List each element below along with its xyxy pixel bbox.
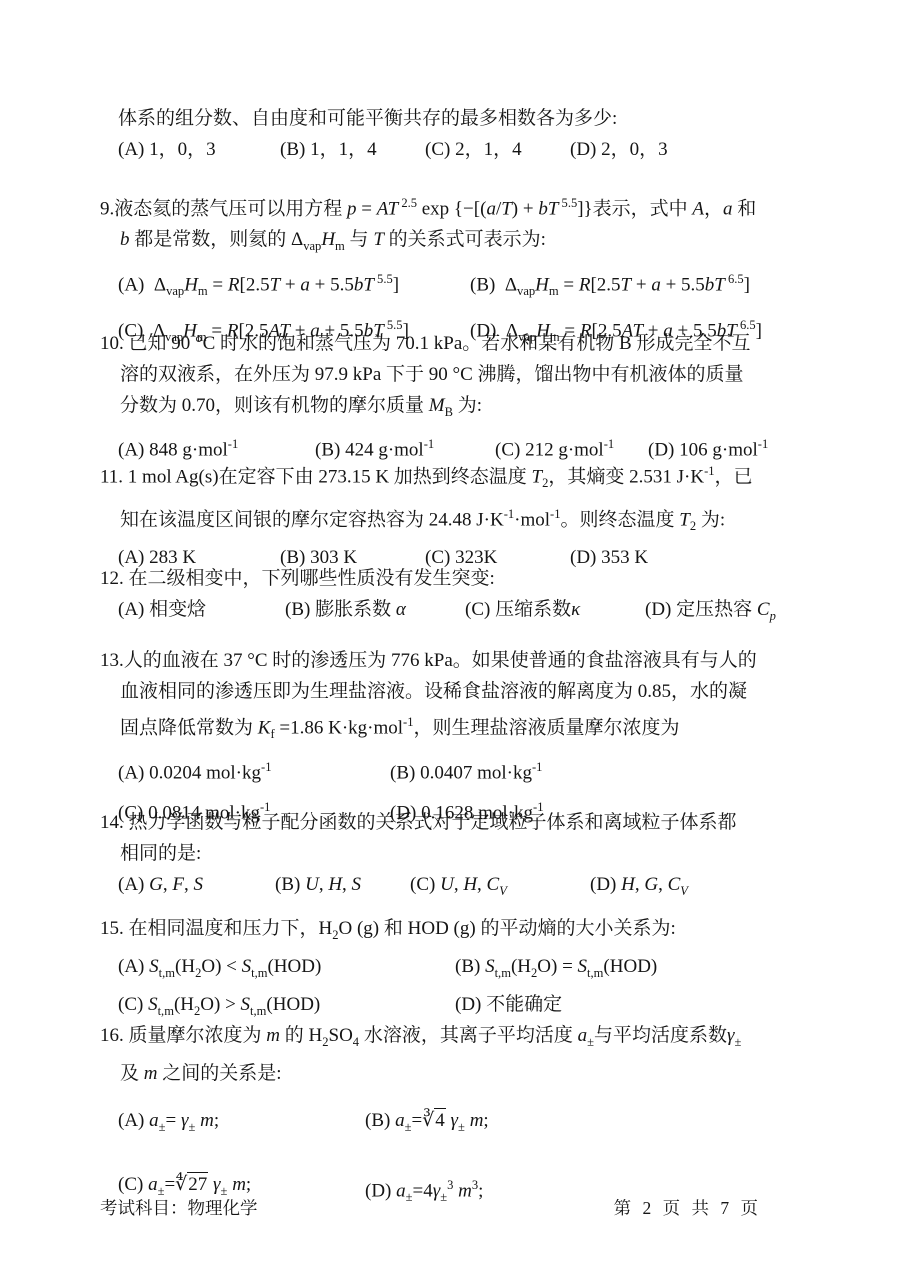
option-b: (B) U, H, S xyxy=(275,869,410,907)
options-row: (A) 0.0204 mol·kg-1 (B) 0.0407 mol·kg-1 xyxy=(100,750,820,790)
question-16: 16. 质量摩尔浓度为 m 的 H2SO4 水溶液，其离子平均活度 a±与平均活… xyxy=(100,1020,820,1213)
question-14: 14. 热力学函数与粒子配分函数的关系式对于定域粒子体系和离域粒子体系都 相同的… xyxy=(100,807,820,907)
option-a: (A) St,m(H2O) < St,m(HOD) xyxy=(118,951,455,989)
question-13: 13.人的血液在 37 °C 时的渗透压为 776 kPa。如果使普通的食盐溶液… xyxy=(100,645,820,831)
option-b: (B) a±=∛4 γ± m; xyxy=(365,1105,489,1143)
question-text: 9.液态氦的蒸气压可以用方程 p = AT 2.5 exp {−[(a/T) +… xyxy=(100,188,820,224)
question-text: b 都是常数，则氦的 ΔvapHm 与 T 的关系式可表示为: xyxy=(100,224,820,262)
option-a: (A) ΔvapHm = R[2.5T + a + 5.5bT 5.5] xyxy=(118,262,470,308)
option-c: (C) U, H, CV xyxy=(410,869,590,907)
option-b: (B) 0.0407 mol·kg-1 xyxy=(390,750,542,790)
options-row: (A) 相变焓 (B) 膨胀系数 α (C) 压缩系数κ (D) 定压热容 Cp xyxy=(100,594,820,632)
question-text: 16. 质量摩尔浓度为 m 的 H2SO4 水溶液，其离子平均活度 a±与平均活… xyxy=(100,1020,820,1058)
option-a: (A) G, F, S xyxy=(118,869,275,907)
question-text: 固点降低常数为 Kf =1.86 K·kg·mol-1，则生理盐溶液质量摩尔浓度… xyxy=(100,707,820,750)
option-a: (A) 0.0204 mol·kg-1 xyxy=(118,750,390,790)
option-a: (A) 相变焓 xyxy=(118,594,285,632)
options-row: (A) G, F, S (B) U, H, S (C) U, H, CV (D)… xyxy=(100,869,820,907)
option-d: (D) a±=4γ±3 m3; xyxy=(365,1169,483,1213)
options-row: (A) 1，0，3 (B) 1，1，4 (C) 2，1，4 (D) 2，0，3 xyxy=(118,134,838,166)
question-text: 12. 在二级相变中，下列哪些性质没有发生突变: xyxy=(100,563,820,594)
question-text: 11. 1 mol Ag(s)在定容下由 273.15 K 加热到终态温度 T2… xyxy=(100,456,820,499)
option-d: (D) H, G, CV xyxy=(590,869,688,907)
options-row: (A) St,m(H2O) < St,m(HOD) (B) St,m(H2O) … xyxy=(100,951,820,989)
question-text: 知在该温度区间银的摩尔定容热容为 24.48 J·K-1·mol-1。则终态温度… xyxy=(100,499,820,542)
question-10: 10. 已知 90 °C 时水的饱和蒸气压为 70.1 kPa。若水和某有机物 … xyxy=(100,328,820,466)
question-text: 13.人的血液在 37 °C 时的渗透压为 776 kPa。如果使普通的食盐溶液… xyxy=(100,645,820,676)
footer-page-number: 第 2 页 共 7 页 xyxy=(614,1196,758,1220)
question-text: 14. 热力学函数与粒子配分函数的关系式对于定域粒子体系和离域粒子体系都 xyxy=(100,807,820,838)
question-11: 11. 1 mol Ag(s)在定容下由 273.15 K 加热到终态温度 T2… xyxy=(100,456,820,574)
option-d: (D) 2，0，3 xyxy=(570,134,668,166)
option-b: (B) 膨胀系数 α xyxy=(285,594,465,632)
exam-page: 体系的组分数、自由度和可能平衡共存的最多相数各为多少: (A) 1，0，3 (B… xyxy=(0,0,900,1272)
option-d: (D) 定压热容 Cp xyxy=(645,594,776,632)
option-b: (B) ΔvapHm = R[2.5T + a + 5.5bT 6.5] xyxy=(470,262,750,308)
options-row: (A) ΔvapHm = R[2.5T + a + 5.5bT 5.5] (B)… xyxy=(100,262,820,308)
footer-subject: 考试科目：物理化学 xyxy=(100,1196,258,1220)
option-c: (C) 压缩系数κ xyxy=(465,594,645,632)
question-text: 10. 已知 90 °C 时水的饱和蒸气压为 70.1 kPa。若水和某有机物 … xyxy=(100,328,820,359)
option-b: (B) St,m(H2O) = St,m(HOD) xyxy=(455,951,657,989)
question-text: 分数为 0.70，则该有机物的摩尔质量 MB 为: xyxy=(100,390,820,428)
options-row: (A) a±= γ± m; (B) a±=∛4 γ± m; xyxy=(100,1105,820,1143)
question-text: 溶的双液系，在外压为 97.9 kPa 下于 90 °C 沸腾，馏出物中有机液体… xyxy=(100,359,820,390)
option-a: (A) 1，0，3 xyxy=(118,134,280,166)
option-c: (C) 2，1，4 xyxy=(425,134,570,166)
question-text: 血液相同的渗透压即为生理盐溶液。设稀食盐溶液的解离度为 0.85，水的凝 xyxy=(100,676,820,707)
option-a: (A) a±= γ± m; xyxy=(118,1105,365,1143)
question-text: 体系的组分数、自由度和可能平衡共存的最多相数各为多少: xyxy=(118,103,838,134)
question-text: 及 m 之间的关系是: xyxy=(100,1058,820,1089)
question-8-continuation: 体系的组分数、自由度和可能平衡共存的最多相数各为多少: (A) 1，0，3 (B… xyxy=(118,103,838,166)
question-text: 15. 在相同温度和压力下，H2O (g) 和 HOD (g) 的平动熵的大小关… xyxy=(100,913,820,951)
question-15: 15. 在相同温度和压力下，H2O (g) 和 HOD (g) 的平动熵的大小关… xyxy=(100,913,820,1026)
question-12: 12. 在二级相变中，下列哪些性质没有发生突变: (A) 相变焓 (B) 膨胀系… xyxy=(100,563,820,632)
question-text: 相同的是: xyxy=(100,838,820,869)
option-b: (B) 1，1，4 xyxy=(280,134,425,166)
